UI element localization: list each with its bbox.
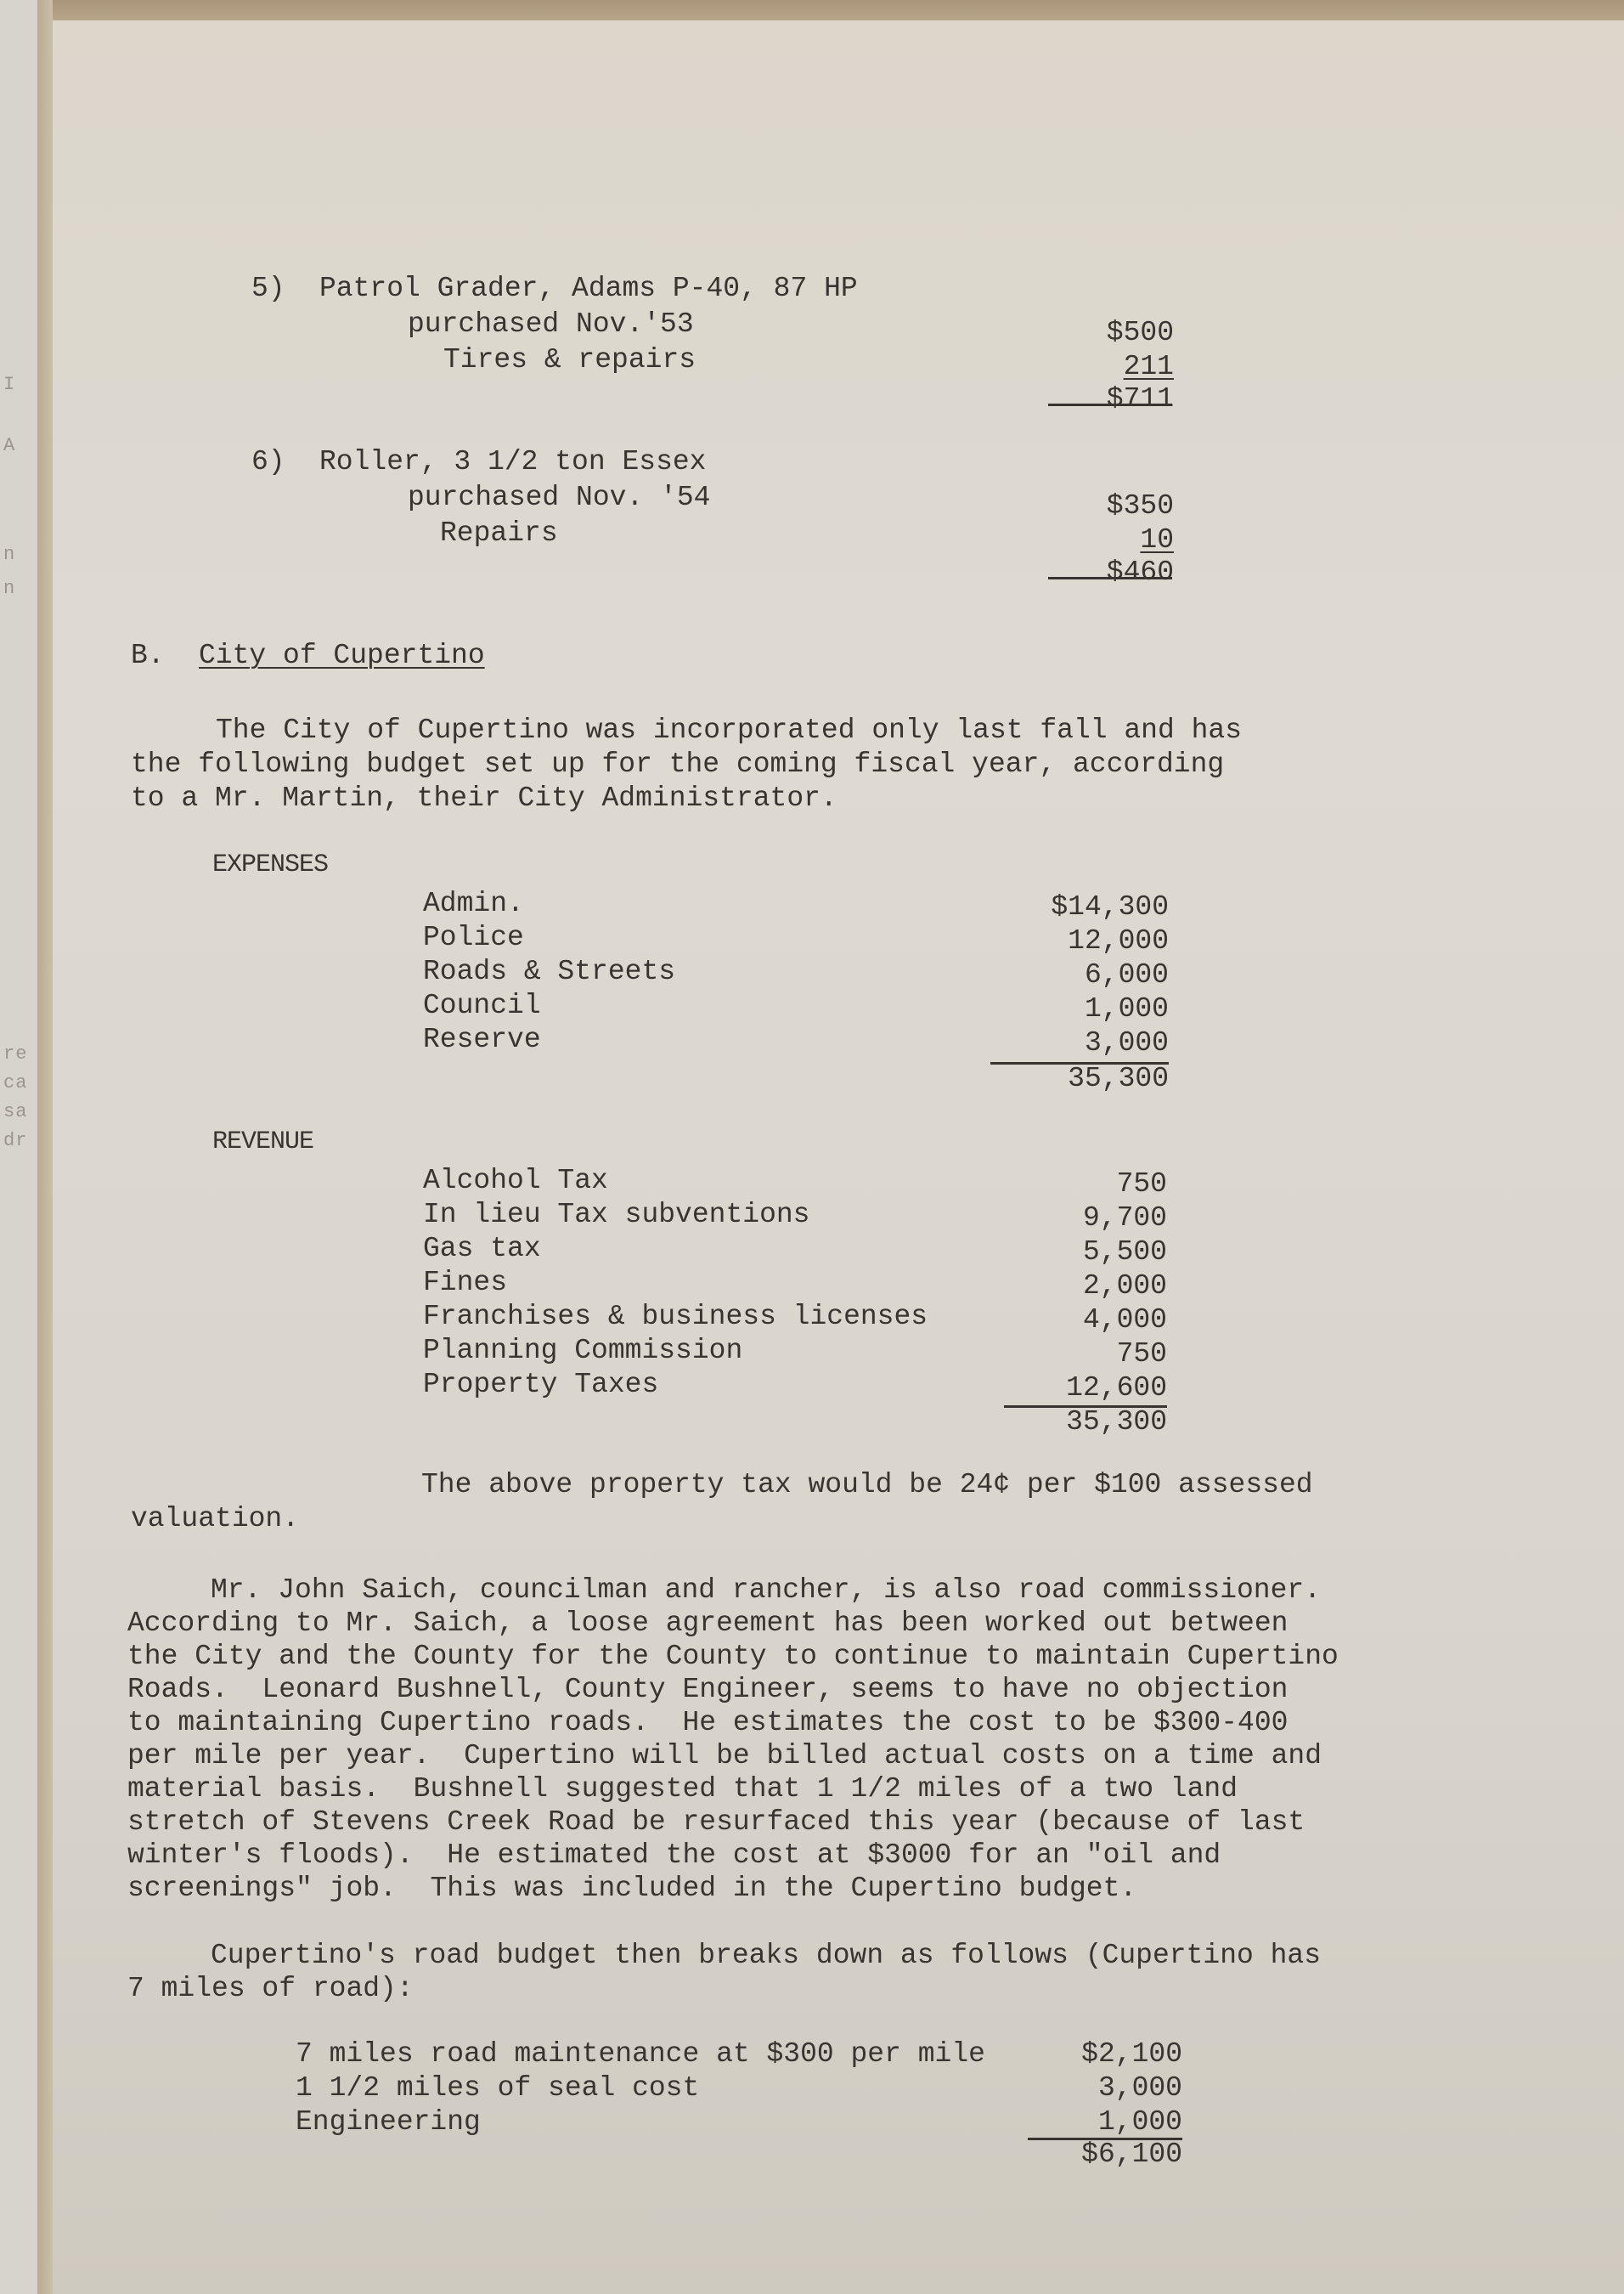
revenue-label: Alcohol Tax bbox=[423, 1164, 608, 1198]
expense-label: Roads & Streets bbox=[423, 955, 675, 989]
adjacent-page-strip: I A n n re ca sa dr bbox=[0, 0, 37, 2294]
line-amount: $350 bbox=[987, 489, 1174, 523]
line-amount: 10 bbox=[987, 523, 1174, 557]
revenue-amount: 5,500 bbox=[945, 1235, 1167, 1269]
margin-ghost-text: n bbox=[3, 578, 15, 599]
paragraph-line: per mile per year. Cupertino will be bil… bbox=[127, 1739, 1322, 1772]
margin-ghost-text: re bbox=[3, 1043, 27, 1065]
expenses-heading: EXPENSES bbox=[212, 848, 328, 882]
paragraph-line: valuation. bbox=[131, 1502, 299, 1535]
expense-amount: 12,000 bbox=[945, 924, 1169, 958]
expense-label: Admin. bbox=[423, 887, 524, 921]
road-budget-amount: 1,000 bbox=[970, 2105, 1182, 2139]
expense-label: Reserve bbox=[423, 1023, 541, 1057]
revenue-label: In lieu Tax subventions bbox=[423, 1198, 809, 1232]
margin-ghost-text: I bbox=[3, 374, 15, 395]
paragraph-line: The above property tax would be 24¢ per … bbox=[421, 1468, 1313, 1501]
revenue-heading: REVENUE bbox=[212, 1125, 313, 1159]
paragraph-line: material basis. Bushnell suggested that … bbox=[127, 1772, 1238, 1805]
paragraph-line: The City of Cupertino was incorporated o… bbox=[216, 714, 1242, 747]
paragraph-line: winter's floods). He estimated the cost … bbox=[127, 1839, 1221, 1872]
revenue-label: Property Taxes bbox=[423, 1368, 658, 1402]
revenue-amount: 750 bbox=[945, 1167, 1167, 1201]
revenue-label: Gas tax bbox=[423, 1232, 541, 1266]
line-label: purchased Nov.'53 bbox=[408, 308, 694, 342]
paragraph-line: the City and the County for the County t… bbox=[127, 1640, 1339, 1673]
paragraph-line: Roads. Leonard Bushnell, County Engineer… bbox=[127, 1673, 1288, 1706]
revenue-label: Franchises & business licenses bbox=[423, 1300, 928, 1334]
item-total: $711 bbox=[987, 382, 1174, 416]
expense-amount: 3,000 bbox=[945, 1026, 1169, 1060]
line-label: Tires & repairs bbox=[443, 343, 696, 377]
road-budget-label: 7 miles road maintenance at $300 per mil… bbox=[296, 2037, 985, 2071]
road-budget-label: 1 1/2 miles of seal cost bbox=[296, 2071, 699, 2105]
road-budget-total: $6,100 bbox=[970, 2138, 1182, 2172]
item-number: 6) bbox=[251, 445, 285, 479]
paragraph-line: the following budget set up for the comi… bbox=[131, 748, 1224, 781]
paragraph-line: Mr. John Saich, councilman and rancher, … bbox=[211, 1574, 1321, 1607]
expense-label: Police bbox=[423, 921, 524, 955]
typed-document-page: 5) Patrol Grader, Adams P-40, 87 HP purc… bbox=[53, 20, 1624, 2294]
road-budget-amount: 3,000 bbox=[970, 2071, 1182, 2105]
revenue-amount: 9,700 bbox=[945, 1201, 1167, 1235]
revenue-label: Planning Commission bbox=[423, 1334, 742, 1368]
section-heading: City of Cupertino bbox=[199, 639, 485, 673]
paragraph-line: stretch of Stevens Creek Road be resurfa… bbox=[127, 1805, 1305, 1839]
margin-ghost-text: sa bbox=[3, 1101, 27, 1122]
revenue-amount: 12,600 bbox=[945, 1371, 1167, 1405]
revenue-amount: 750 bbox=[945, 1337, 1167, 1371]
paragraph-line: to a Mr. Martin, their City Administrato… bbox=[131, 782, 837, 815]
paragraph-line: According to Mr. Saich, a loose agreemen… bbox=[127, 1607, 1288, 1640]
margin-ghost-text: ca bbox=[3, 1072, 27, 1093]
line-label: Repairs bbox=[440, 517, 558, 551]
paragraph-line: to maintaining Cupertino roads. He estim… bbox=[127, 1706, 1288, 1739]
revenue-label: Fines bbox=[423, 1266, 507, 1300]
expense-label: Council bbox=[423, 989, 541, 1023]
revenue-total: 35,300 bbox=[945, 1405, 1167, 1439]
section-letter: B. bbox=[131, 639, 165, 673]
revenue-amount: 4,000 bbox=[945, 1303, 1167, 1337]
margin-ghost-text: n bbox=[3, 544, 15, 565]
item-title: Roller, 3 1/2 ton Essex bbox=[319, 445, 706, 479]
expense-amount: 1,000 bbox=[945, 992, 1169, 1026]
paragraph-line: Cupertino's road budget then breaks down… bbox=[211, 1939, 1321, 1972]
expense-amount: 6,000 bbox=[945, 958, 1169, 992]
paragraph-line: 7 miles of road): bbox=[127, 1972, 414, 2005]
margin-ghost-text: A bbox=[3, 435, 15, 456]
expenses-total: 35,300 bbox=[945, 1062, 1169, 1096]
item-total: $460 bbox=[987, 556, 1174, 590]
page-gutter-shadow bbox=[37, 0, 53, 2294]
paragraph-line: screenings" job. This was included in th… bbox=[127, 1872, 1136, 1905]
expense-amount: $14,300 bbox=[945, 890, 1169, 924]
revenue-amount: 2,000 bbox=[945, 1269, 1167, 1303]
line-label: purchased Nov. '54 bbox=[408, 481, 710, 515]
road-budget-amount: $2,100 bbox=[970, 2037, 1182, 2071]
line-amount: $500 bbox=[987, 316, 1174, 350]
line-amount: 211 bbox=[987, 350, 1174, 384]
item-number: 5) bbox=[251, 272, 285, 306]
item-title: Patrol Grader, Adams P-40, 87 HP bbox=[319, 272, 858, 306]
road-budget-label: Engineering bbox=[296, 2105, 481, 2139]
margin-ghost-text: dr bbox=[3, 1130, 27, 1151]
